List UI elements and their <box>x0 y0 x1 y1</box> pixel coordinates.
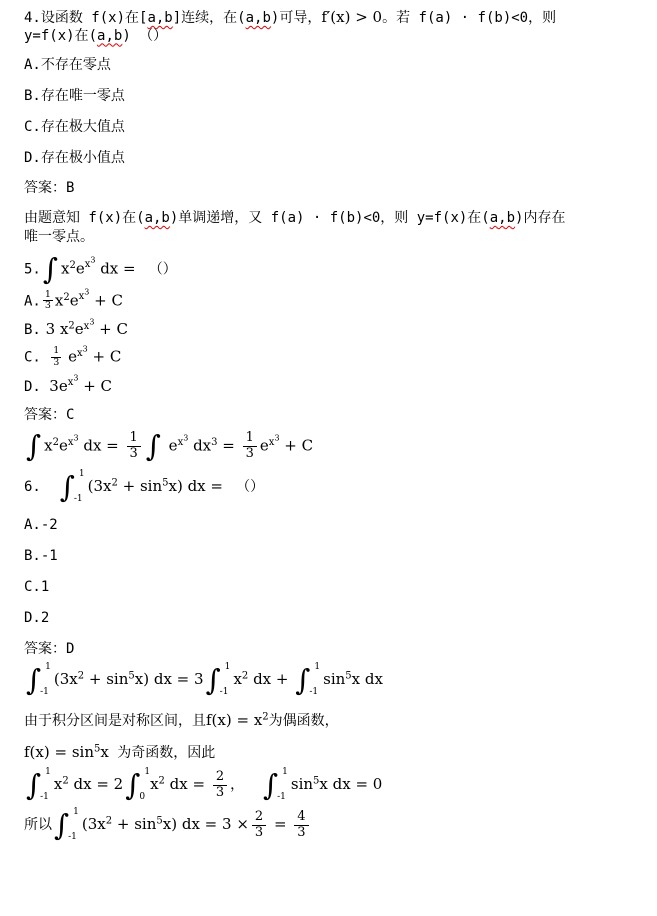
q4-explanation-line2: 唯一零点。 <box>24 228 643 247</box>
q6-work-line2: ∫1-1x2 dx = 2∫10x2 dx = 23， ∫1-1sin5x dx… <box>24 768 643 802</box>
q5-option-b: B. 3 x2ex3 + C <box>24 320 643 340</box>
q4-stem-line2: y=f(x)在(a,b) （） <box>24 28 643 46</box>
q5-option-d: D. 3ex3 + C <box>24 377 643 397</box>
q5-answer: 答案：C <box>24 406 643 425</box>
document-page: 4.设函数 f(x)在[a,b]连续，在(a,b)可导，f′(x) > 0。若 … <box>0 0 657 842</box>
q6-work-line3: 所以∫1-1(3x2 + sin5x) dx = 3 ×23 = 43 <box>24 808 643 842</box>
q4-stem-line1: 4.设函数 f(x)在[a,b]连续，在(a,b)可导，f′(x) > 0。若 … <box>24 8 643 28</box>
q6-answer: 答案：D <box>24 640 643 659</box>
q5-option-c: C. 13 ex3 + C <box>24 346 643 369</box>
q6-stem: 6. ∫1-1(3x2 + sin5x) dx = （） <box>24 470 643 504</box>
q5-option-a: A.13x2ex3 + C <box>24 290 643 313</box>
q5-work-formula: ∫x2ex3 dx = 13∫ ex3 dx3 = 13ex3 + C <box>24 431 643 462</box>
q6-option-c: C.1 <box>24 578 643 597</box>
q5-stem: 5.∫x2ex3 dx = （） <box>24 255 643 284</box>
q4-option-c: C.存在极大值点 <box>24 118 643 137</box>
q4-explanation-line1: 由题意知 f(x)在(a,b)单调递增，又 f(a) · f(b)<0，则 y=… <box>24 210 643 228</box>
q4-answer: 答案：B <box>24 179 643 198</box>
q6-note-line2: f(x) = sin5x 为奇函数，因此 <box>24 743 643 763</box>
q6-option-d: D.2 <box>24 609 643 628</box>
q4-option-b: B.存在唯一零点 <box>24 87 643 106</box>
q4-option-a: A.不存在零点 <box>24 56 643 75</box>
q4-option-d: D.存在极小值点 <box>24 149 643 168</box>
q6-work-line1: ∫1-1(3x2 + sin5x) dx = 3∫1-1x2 dx + ∫1-1… <box>24 663 643 697</box>
q6-option-b: B.-1 <box>24 547 643 566</box>
q6-option-a: A.-2 <box>24 516 643 535</box>
q6-note-line1: 由于积分区间是对称区间，且f(x) = x2为偶函数， <box>24 711 643 731</box>
